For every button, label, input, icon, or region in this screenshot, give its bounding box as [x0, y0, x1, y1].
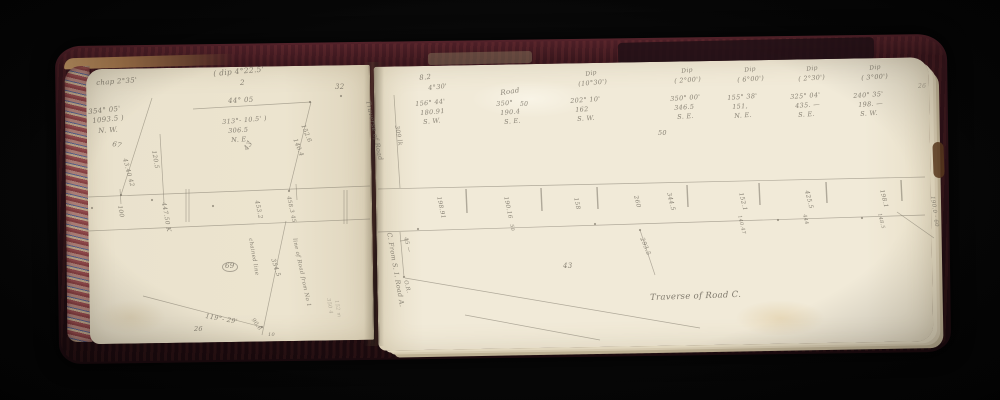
page-light-wear-spot: [470, 80, 590, 118]
page-tan-stain: [735, 300, 825, 336]
page-corner-stain: [96, 300, 166, 334]
field-notebook-photo: chap 2°35'( dip 4°22.5'23244° 05354° 05'…: [0, 0, 1000, 400]
book-gutter-shadow: [364, 62, 384, 346]
cover-worn-light-patch: [428, 51, 532, 65]
right-page: [374, 57, 934, 351]
page-edge-notch: [932, 142, 944, 178]
